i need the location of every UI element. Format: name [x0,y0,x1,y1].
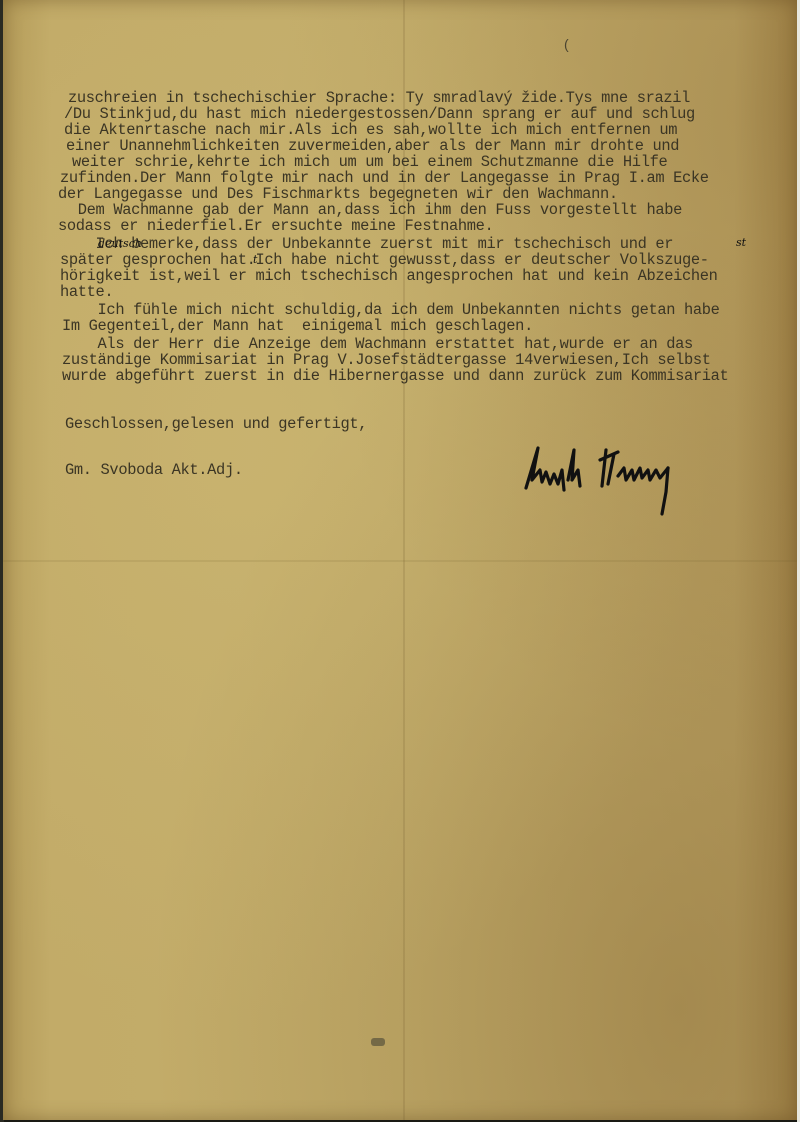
paper-fold-horizontal [3,560,798,562]
typed-line: einer Unannehmlichkeiten zuvermeiden,abe… [66,138,679,154]
typed-line: zuständige Kommisariat in Prag V.Josefst… [62,352,711,368]
ink-smudge [371,1038,385,1046]
typed-line: /Du Stinkjud,du hast mich niedergestosse… [64,106,695,122]
handwritten-correction: t [253,253,257,266]
typed-line: Dem Wachmanne gab der Mann an,dass ich i… [60,202,682,218]
closing-line: Geschlossen,gelesen und gefertigt, [65,416,367,432]
typed-line: wurde abgeführt zuerst in die Hibernerga… [62,368,728,384]
typed-line: die Aktenrtasche nach mir.Als ich es sah… [64,122,677,138]
handwritten-correction: deutsch [98,237,142,250]
officer-name: Gm. Svoboda Akt.Adj. [65,462,243,478]
typed-line: Im Gegenteil,der Mann hat einigemal mich… [62,318,533,334]
typed-line: Als der Herr die Anzeige dem Wachmann er… [62,336,693,352]
page-mark: ( [564,36,569,52]
typed-line: zufinden.Der Mann folgte mir nach und in… [60,170,709,186]
handwritten-correction: st [736,236,746,249]
typed-line: der Langegasse und Des Fischmarkts begeg… [58,186,618,202]
typed-line: Ich fühle mich nicht schuldig,da ich dem… [62,302,720,318]
typed-line: hörigkeit ist,weil er mich tschechisch a… [60,268,718,284]
typed-line: zuschreien in tschechischier Sprache: Ty… [68,90,690,106]
signature [518,440,693,520]
typed-line: weiter schrie,kehrte ich mich um um bei … [72,154,667,170]
typed-line: hatte. [60,284,113,300]
typed-line: Ich bemerke,dass der Unbekannte zuerst m… [60,236,673,252]
typed-line: sodass er niederfiel.Er ersuchte meine F… [58,218,493,234]
document-page: ( zuschreien in tschechischier Sprache: … [3,0,798,1120]
typed-line: später gesprochen hat.Ich habe nicht gew… [60,252,709,268]
